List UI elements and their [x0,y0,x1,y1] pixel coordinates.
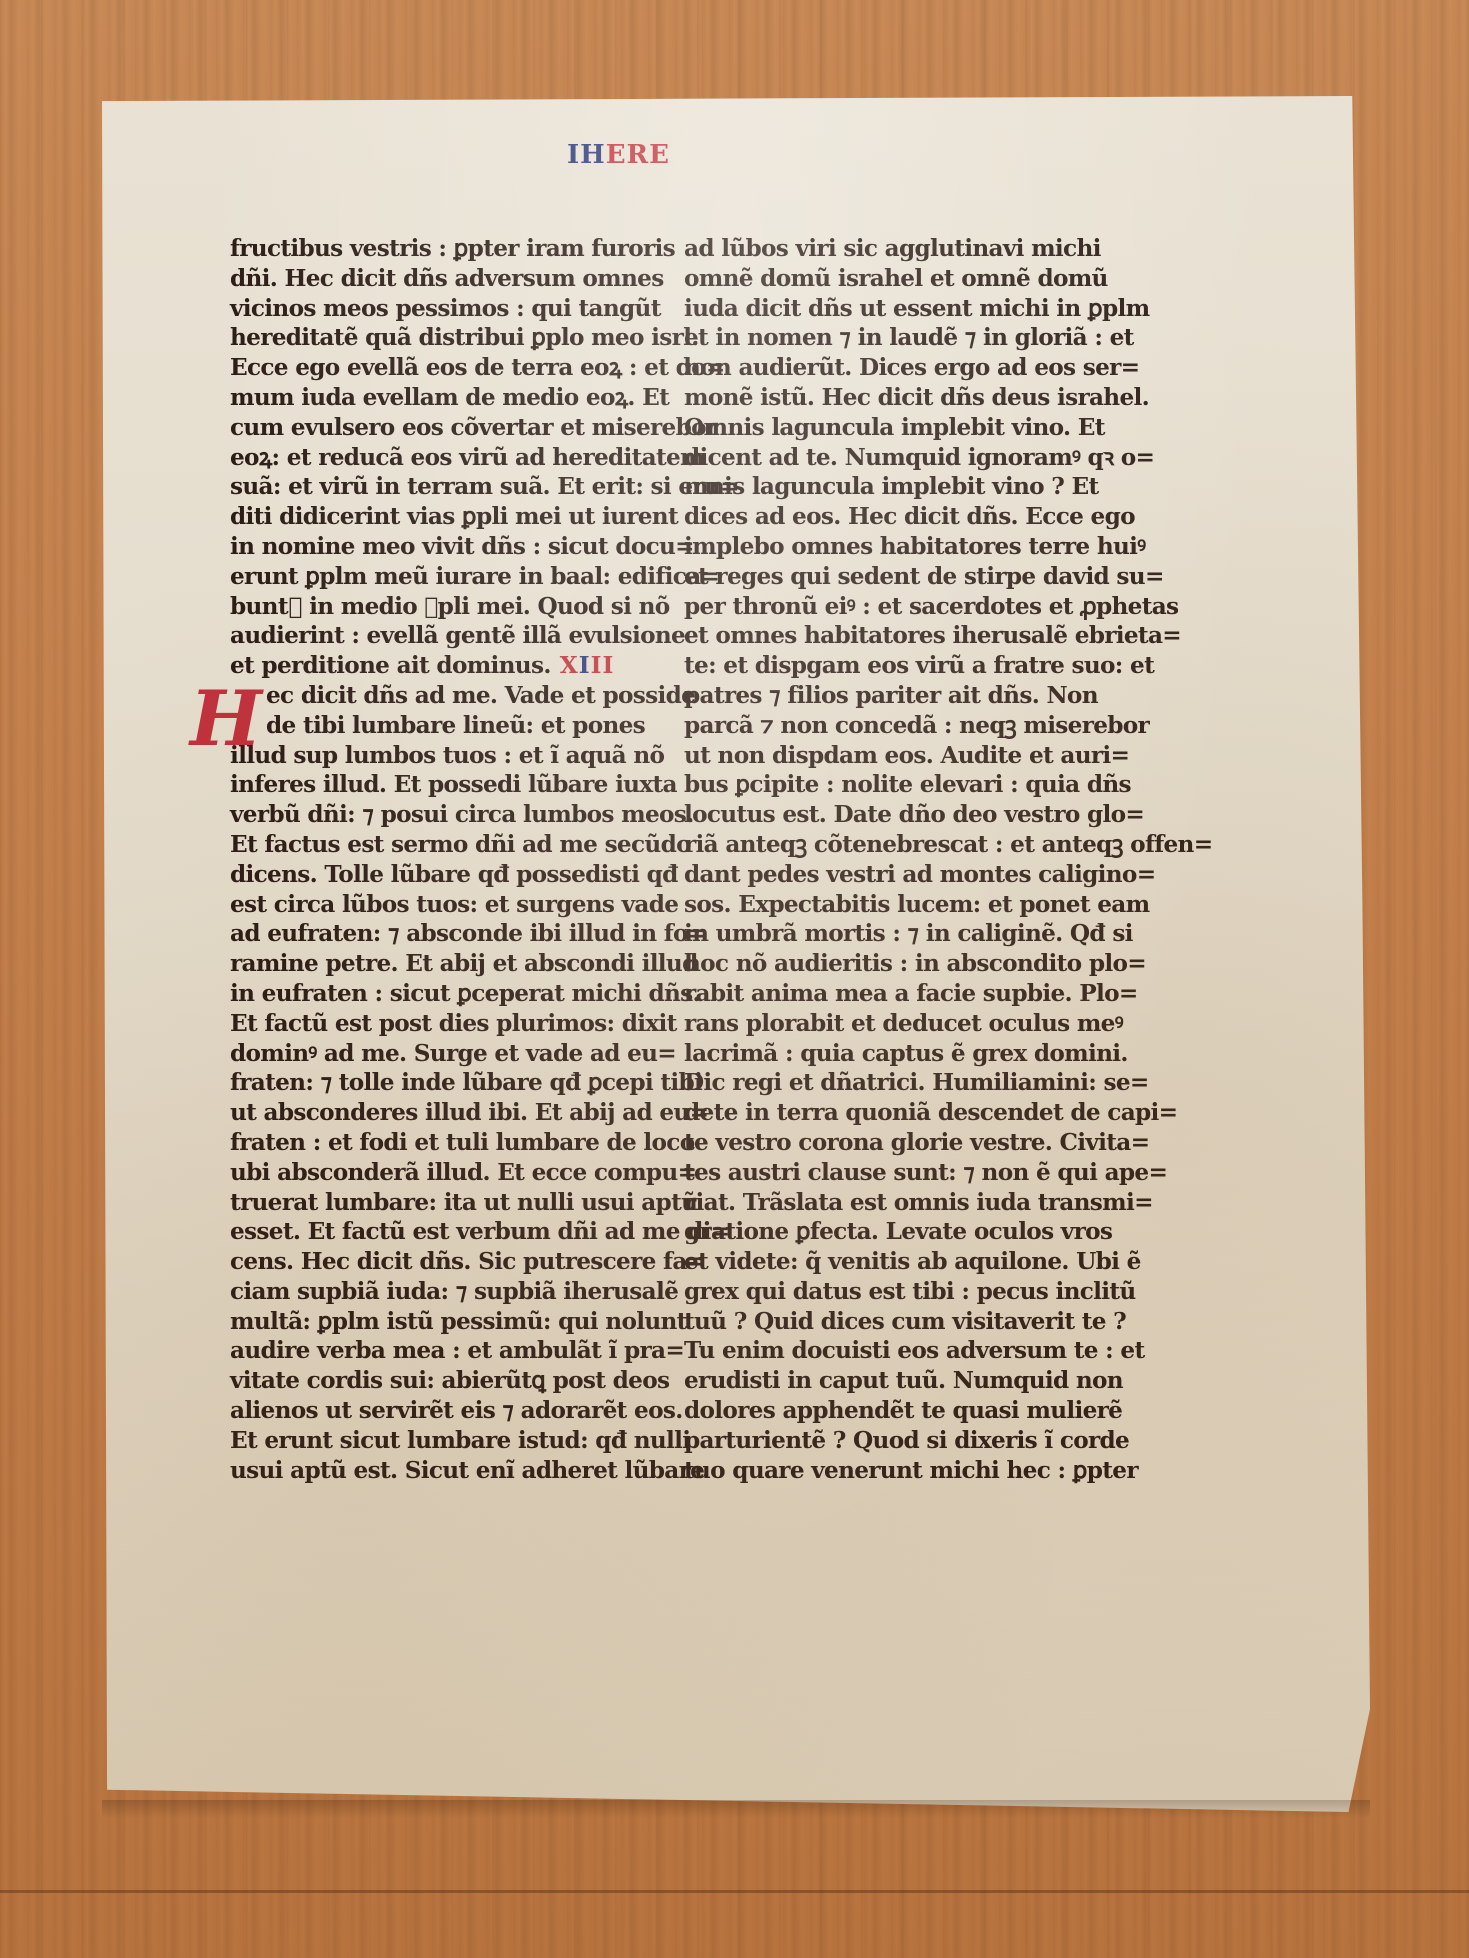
text-line: suã: et virũ in terram suã. Et erit: si … [230,472,620,502]
leaf-shadow [102,1800,1370,1818]
text-line: audierint : evellã gentẽ illã evulsione [230,621,620,651]
chapter-number: XIII [551,652,615,679]
text-line: grex qui datus est tibi : pecus inclitũ [684,1277,1094,1307]
text-line: ciam supbiã iuda: ⁊ supbiã iherusalẽ [230,1277,620,1307]
text-line: et reges qui sedent de stirpe david su= [684,562,1094,592]
text-line: fructibus vestris : ꝑpter iram furoris [230,234,620,264]
text-line: erunt ꝑplm meũ iurare in baal: edifica= [230,562,620,592]
running-head-red: ERE [606,140,670,170]
text-line: sos. Expectabitis lucem: et ponet eam [684,890,1094,920]
text-line: dicens. Tolle lũbare qđ possedisti qđ [230,860,620,890]
text-line: Et factũ est post dies plurimos: dixit [230,1009,620,1039]
text-line: illud sup lumbos tuos : et ĩ aquã nõ [230,741,620,771]
text-line: est circa lũbos tuos: et surgens vade [230,890,620,920]
text-line: dant pedes vestri ad montes caligino= [684,860,1094,890]
text-line: inferes illud. Et possedi lũbare iuxta [230,770,620,800]
text-line: truerat lumbare: ita ut nulli usui aptũ [230,1188,620,1218]
text-line: hoc nõ audieritis : in abscondito plo= [684,949,1094,979]
text-line: et omnes habitatores iherusalẽ ebrieta= [684,621,1094,651]
text-line: hereditatẽ quã distribui ꝑplo meo isrl. [230,323,620,353]
left-text-column: fructibus vestris : ꝑpter iram furorisdñ… [230,234,620,1485]
text-line: iuda dicit dñs ut essent michi in ꝑplm [684,294,1094,324]
text-line: tes austri clause sunt: ⁊ non ẽ qui ape= [684,1158,1094,1188]
text-line: et in nomen ⁊ in laudẽ ⁊ in gloriã : et [684,323,1094,353]
text-line: Et factus est sermo dñi ad me secũdo [230,830,620,860]
text-line: de tibi lumbare lineũ: et pones [230,711,620,741]
text-line: riã anteqꝫ cõtenebrescat : et anteqꝫ off… [684,830,1094,860]
text-line: verbũ dñi: ⁊ posui circa lumbos meos. [230,800,620,830]
text-line: dolores apphendẽt te quasi mulierẽ [684,1396,1094,1426]
text-line: vicinos meos pessimos : qui tangũt [230,294,620,324]
table-plank-seam [0,1890,1469,1893]
text-line: tuũ ? Quid dices cum visitaverit te ? [684,1307,1094,1337]
text-line: implebo omnes habitatores terre huiꝰ [684,532,1094,562]
text-line: audire verba mea : et ambulãt ĩ pra= [230,1336,620,1366]
text-line: mum iuda evellam de medio eoꝝ. Et [230,383,620,413]
text-line: diti didicerint vias ꝑpli mei ut iurent [230,502,620,532]
text-line: buntᷣ in medio ꝑpli mei. Quod si nõ [230,592,620,622]
text-line: fraten: ⁊ tolle inde lũbare qđ ꝑcepi tib… [230,1068,620,1098]
text-line: ut non dispdam eos. Audite et auri= [684,741,1094,771]
text-line: in eufraten : sicut ꝑceperat michi dñs. [230,979,620,1009]
text-line: et perditione ait dominus. XIII [230,651,620,681]
text-line: te vestro corona glorie vestre. Civita= [684,1128,1094,1158]
text-line: dicent ad te. Numquid ignoramꝰ qꝛ o= [684,443,1094,473]
text-line: parcã ⁊ non concedã : neqꝫ miserebor [684,711,1094,741]
text-line: et videte: q̃ venitis ab aquilone. Ubi ẽ [684,1247,1094,1277]
text-line: multã: ꝑplm istũ pessimũ: qui nolunt [230,1307,620,1337]
text-line: cens. Hec dicit dñs. Sic putrescere fa= [230,1247,620,1277]
text-line: parturientẽ ? Quod si dixeris ĩ corde [684,1426,1094,1456]
text-line: bus ꝑcipite : nolite elevari : quia dñs [684,770,1094,800]
text-line: te: et dispgam eos virũ a fratre suo: et [684,651,1094,681]
text-line: ut absconderes illud ibi. Et abij ad eu= [230,1098,620,1128]
text-line: Et erunt sicut lumbare istud: qđ nulli [230,1426,620,1456]
text-line: dominꝰ ad me. Surge et vade ad eu= [230,1039,620,1069]
text-line: eoꝝ: et reducã eos virũ ad hereditatem [230,443,620,473]
text-line: dices ad eos. Hec dicit dñs. Ecce ego [684,502,1094,532]
running-head: IHERE [567,140,670,170]
text-line: Ecce ego evellã eos de terra eoꝝ : et do… [230,353,620,383]
text-line: erudisti in caput tuũ. Numquid non [684,1366,1094,1396]
text-line: fraten : et fodi et tuli lumbare de loco [230,1128,620,1158]
text-line: tuo quare venerunt michi hec : ꝑpter [684,1456,1094,1486]
bible-leaf: IHERE fructibus vestris : ꝑpter iram fur… [102,96,1370,1812]
text-line: cum evulsero eos cõvertar et miserebor [230,413,620,443]
text-line: vitate cordis sui: abierũtꝗ post deos [230,1366,620,1396]
text-line: ramine petre. Et abij et abscondi illud [230,949,620,979]
text-line: gratione ꝑfecta. Levate oculos vros [684,1217,1094,1247]
text-line: ec dicit dñs ad me. Vade et possideH [230,681,620,711]
running-head-blue: IH [567,140,606,170]
text-line: ad lũbos viri sic agglutinavi michi [684,234,1094,264]
text-line: Dic regi et dñatrici. Humiliamini: se= [684,1068,1094,1098]
text-line: locutus est. Date dño deo vestro glo= [684,800,1094,830]
text-line: in umbrã mortis : ⁊ in caliginẽ. Qđ si [684,919,1094,949]
text-line: ad eufraten: ⁊ absconde ibi illud in fo= [230,919,620,949]
text-line: lacrimã : quia captus ẽ grex domini. [684,1039,1094,1069]
text-line: rabit anima mea a facie supbie. Plo= [684,979,1094,1009]
text-line: Tu enim docuisti eos adversum te : et [684,1336,1094,1366]
text-line: alienos ut servirẽt eis ⁊ adorarẽt eos. [230,1396,620,1426]
text-line: monẽ istũ. Hec dicit dñs deus israhel. [684,383,1094,413]
text-line: esset. Et factũ est verbum dñi ad me di= [230,1217,620,1247]
text-line: riat. Trãslata est omnis iuda transmi= [684,1188,1094,1218]
text-line: non audierũt. Dices ergo ad eos ser= [684,353,1094,383]
text-line: patres ⁊ filios pariter ait dñs. Non [684,681,1094,711]
text-line: ubi absconderã illud. Et ecce compu= [230,1158,620,1188]
text-line: omnẽ domũ israhel et omnẽ domũ [684,264,1094,294]
text-line: usui aptũ est. Sicut enĩ adheret lũbare [230,1456,620,1486]
right-text-column: ad lũbos viri sic agglutinavi michiomnẽ … [684,234,1094,1485]
text-line: in nomine meo vivit dñs : sicut docu= [230,532,620,562]
text-line: dete in terra quoniã descendet de capi= [684,1098,1094,1128]
text-line: per thronũ eiꝰ : et sacerdotes et ꝓpheta… [684,592,1094,622]
text-line: mnis laguncula implebit vino ? Et [684,472,1094,502]
text-line: Omnis laguncula implebit vino. Et [684,413,1094,443]
text-line: rans plorabit et deducet oculus meꝰ [684,1009,1094,1039]
text-line: dñi. Hec dicit dñs adversum omnes [230,264,620,294]
